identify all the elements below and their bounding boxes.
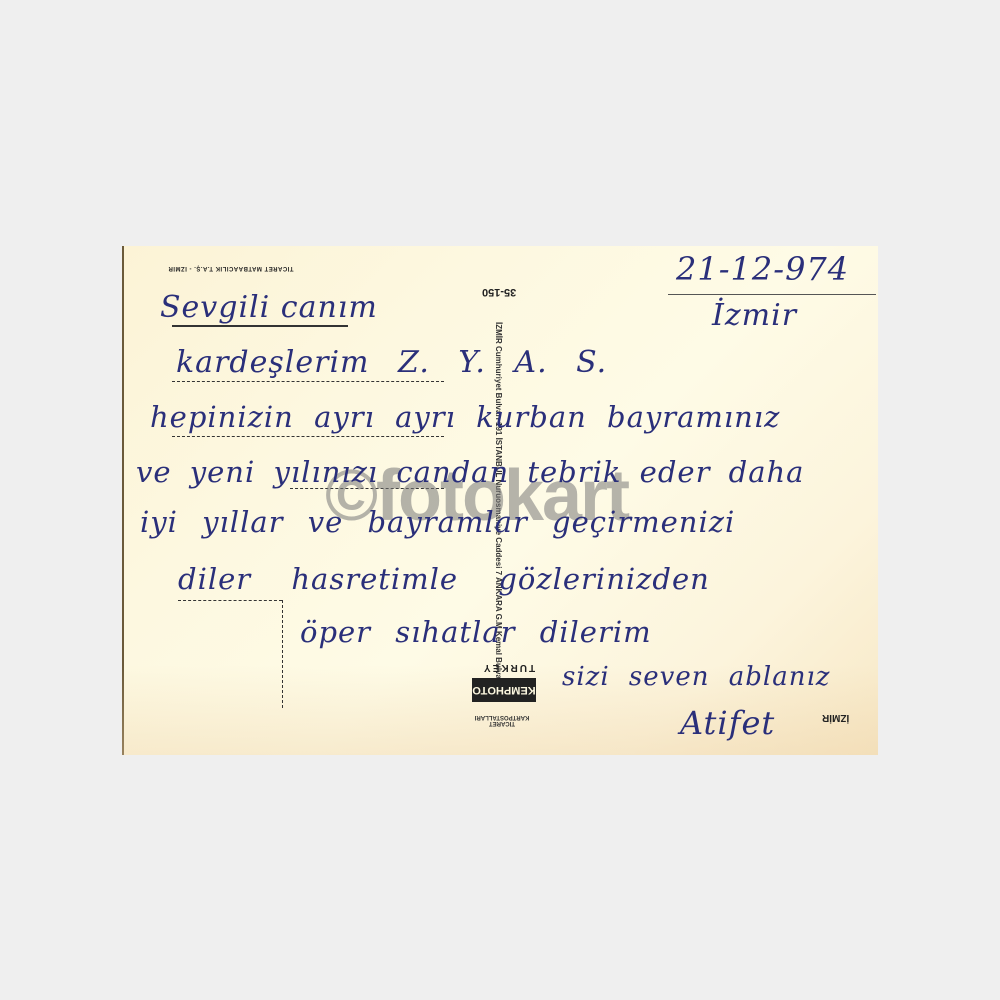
publisher-stamp: TURKEY KEMPHOTO TİCARET KARTPOSTALLARI [462,660,552,730]
line-7: öper sıhatlar dilerim [300,615,652,649]
line-4: ve yeni yılınızı candan tebrik eder daha [136,455,804,489]
place-handwritten: İzmir [712,298,797,333]
publisher-line: TİCARET MATBAACILIK T.A.Ş. - İZMİR [168,265,294,271]
dotted-line-4 [178,600,282,601]
dotted-divider [282,600,283,708]
stamp-country: TURKEY [482,662,535,673]
underline-greeting [172,325,348,327]
line-3: hepinizin ayrı ayrı kurban bayramınız [150,400,780,434]
line-6: diler hasretimle gözlerinizden [178,562,710,596]
line-5: iyi yıllar ve bayramlar geçirmenizi [140,505,735,539]
line-1: Sevgili canım [160,290,378,325]
date-rule [668,294,876,295]
corner-city: İZMİR [822,712,849,723]
dotted-line-2 [172,436,444,437]
stamp-arc-text: TİCARET KARTPOSTALLARI [462,686,542,726]
date-handwritten: 21-12-974 [676,250,849,288]
signature: Atifet [680,704,775,742]
line-2: kardeşlerim Z. Y. A. S. [176,345,607,380]
card-number: 35-150 [482,286,516,298]
dotted-line-1 [172,381,444,382]
line-8: sizi seven ablanız [562,662,830,692]
